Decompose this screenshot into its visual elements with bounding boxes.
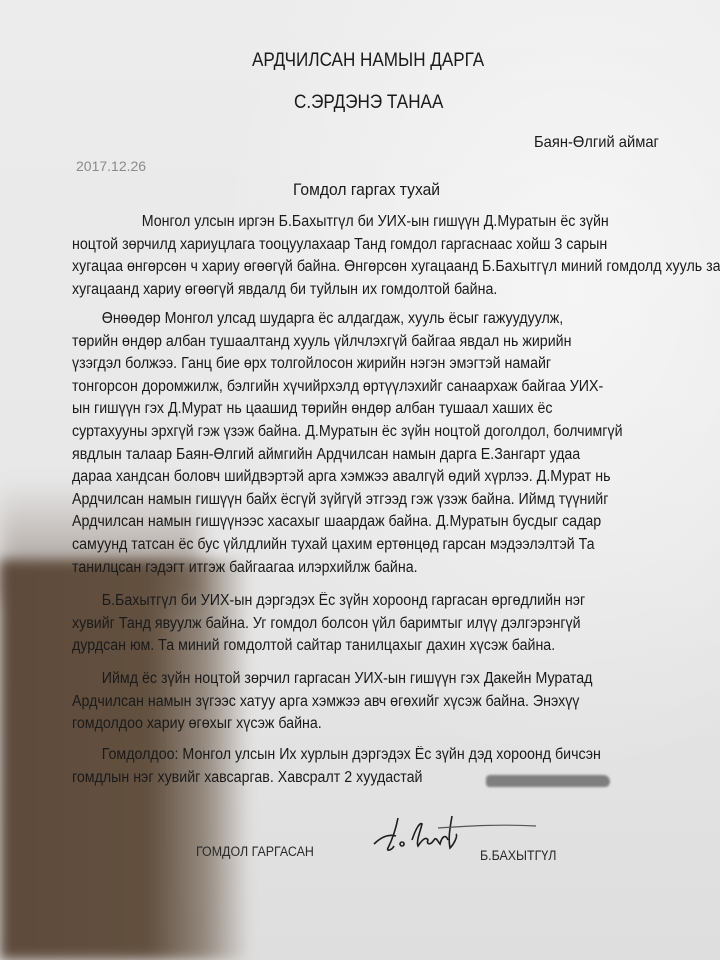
text-line: ноцтой зөрчилд хариуцлага тооцуулахаар Т… (72, 234, 667, 257)
text-line: үзэгдэл болжээ. Ганц бие өрх толгойлосон… (72, 353, 630, 376)
region-label: Баян-Өлгий аймаг (534, 134, 659, 152)
complainant-name: Б.БАХЫТГҮЛ (480, 848, 556, 863)
signature-label: ГОМДОЛ ГАРГАСАН (196, 844, 314, 859)
text-line: Монгол улсын иргэн Б.Бахытгүл би УИХ-ын … (112, 211, 670, 234)
text-line: хувийг Танд явуулж байна. Уг гомдол болс… (72, 613, 630, 636)
text-line: Ардчилсан намын зүгээс хатуу арга хэмжээ… (72, 691, 630, 714)
text-line: хугацаанд хариу өгөөгүй явдалд би туйлын… (72, 279, 667, 302)
document-date: 2017.12.26 (76, 158, 146, 174)
text-line: явдлын талаар Баян-Өлгий аймгийн Ардчилс… (72, 444, 630, 467)
addressee-name: С.ЭРДЭНЭ ТАНАА (294, 92, 443, 114)
text-line: дурдсан юм. Та миний гомдолтой сайтар та… (72, 635, 630, 658)
text-line: Өнөөдөр Монгол улсад шударга ёс алдагдаж… (72, 308, 630, 331)
text-line: Гомдолдоо: Монгол улсын Их хурлын дэргэд… (72, 744, 630, 767)
text-line: Ардчилсан намын гишүүн байх ёсгүй зүйгүй… (72, 489, 630, 512)
text-line: Б.Бахытгүл би УИХ-ын дэргэдэх Ёс зүйн хо… (72, 590, 630, 613)
text-line: ын гишүүн гэх Д.Мурат нь цаашид төрийн ө… (72, 398, 630, 421)
text-line: суртахууны эрхгүй гэж үзэж байна. Д.Мура… (72, 421, 630, 444)
paragraph-4: Иймд ёс зүйн ноцтой зөрчил гаргасан УИХ-… (72, 668, 672, 736)
redacted-phone-number (486, 775, 610, 787)
text-line: төрийн өндөр албан тушаалтанд хууль үйлч… (72, 331, 630, 354)
text-line: Ардчилсан намын гишүүнээс хасахыг шаарда… (72, 511, 630, 534)
paragraph-3: Б.Бахытгүл би УИХ-ын дэргэдэх Ёс зүйн хо… (72, 590, 672, 658)
text-line: Иймд ёс зүйн ноцтой зөрчил гаргасан УИХ-… (72, 668, 630, 691)
paragraph-1: Монгол улсын иргэн Б.Бахытгүл би УИХ-ын … (112, 211, 712, 301)
text-line: тонгорсон доромжилж, бэлгийн хүчийрхэлд … (72, 376, 630, 399)
addressee-title: АРДЧИЛСАН НАМЫН ДАРГА (252, 50, 484, 72)
paragraph-2: Өнөөдөр Монгол улсад шударга ёс алдагдаж… (72, 308, 672, 579)
text-line: танилцсан гэдэгт итгэж байгаагаа илэрхий… (72, 557, 630, 580)
text-line: хугацаа өнгөрсөн ч хариу өгөөгүй байна. … (72, 256, 667, 279)
text-line: гомдолдоо хариу өгөхыг хүсэж байна. (72, 713, 630, 736)
text-line: самуунд татсан ёс бус үйлдлийн тухай цах… (72, 534, 630, 557)
text-line: дараа хандсан боловч шийдвэртэй арга хэм… (72, 466, 630, 489)
document-title: Гомдол гаргах тухай (293, 180, 440, 200)
